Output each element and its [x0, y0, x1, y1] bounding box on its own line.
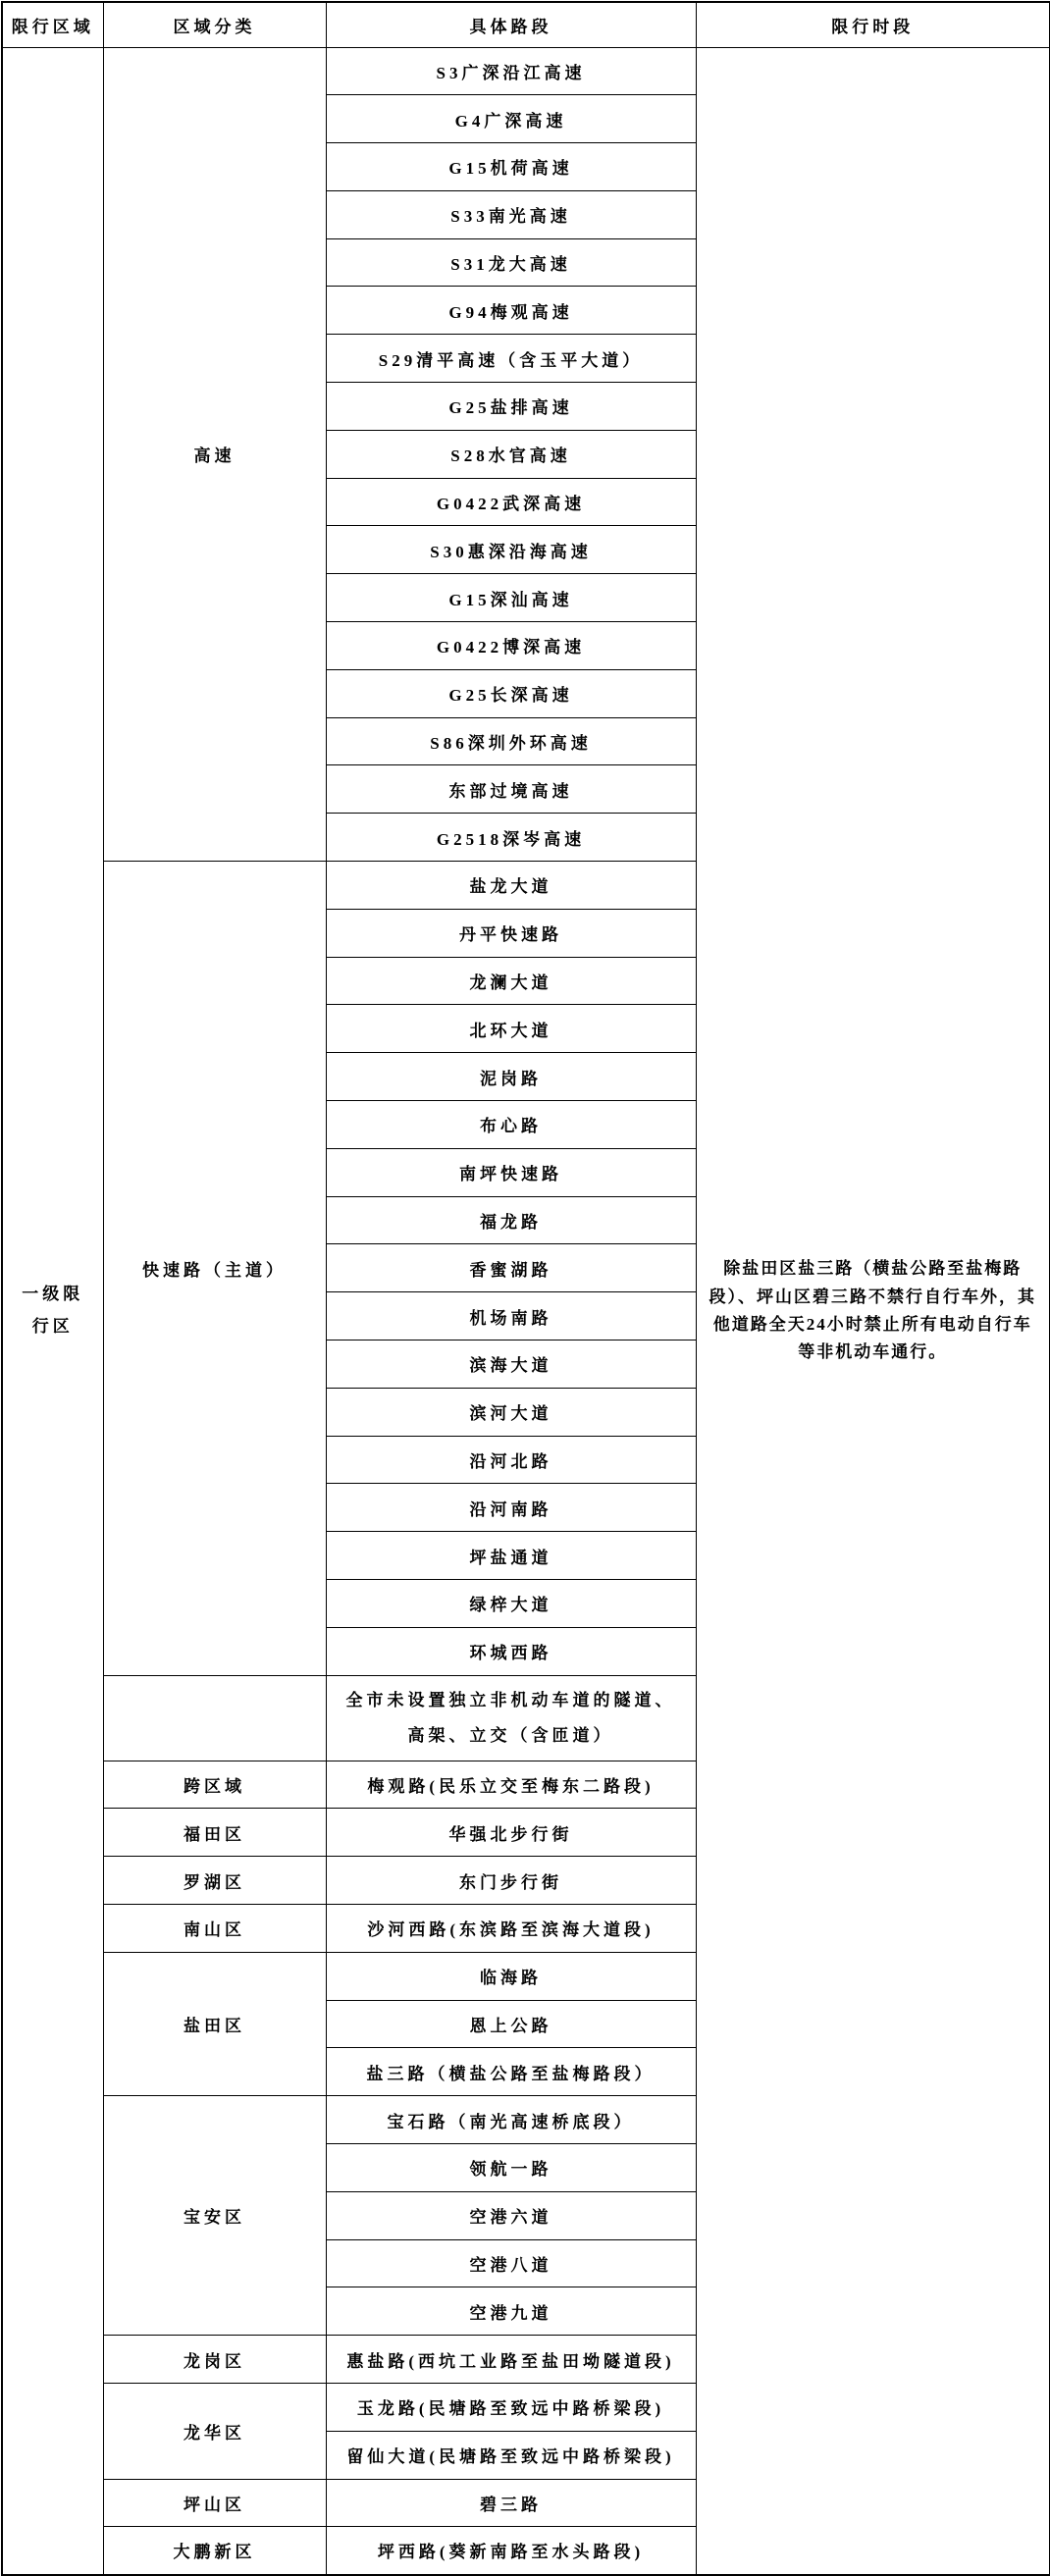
header-specific-roads: 具体路段: [326, 2, 696, 47]
header-row: 限行区域 区域分类 具体路段 限行时段: [2, 2, 1050, 47]
category-cell-empty: [103, 1675, 326, 1761]
table-row: 一级限行区 高速 S3广深沿江高速 除盐田区盐三路（横盐公路至盐梅路段）、坪山区…: [2, 47, 1050, 95]
road-cell: 盐三路（横盐公路至盐梅路段）: [326, 2048, 696, 2096]
time-restriction-cell: 除盐田区盐三路（横盐公路至盐梅路段）、坪山区碧三路不禁行自行车外，其他道路全天2…: [696, 47, 1050, 2575]
road-cell: 恩上公路: [326, 2000, 696, 2048]
category-cell-highway: 高速: [103, 47, 326, 862]
category-cell-dapeng: 大鹏新区: [103, 2527, 326, 2575]
road-cell: 空港九道: [326, 2287, 696, 2336]
road-cell: G0422博深高速: [326, 622, 696, 670]
road-cell: 坪西路(葵新南路至水头路段): [326, 2527, 696, 2575]
road-cell-citywide: 全市未设置独立非机动车道的隧道、高架、立交（含匝道）: [326, 1675, 696, 1761]
road-cell: S28水官高速: [326, 430, 696, 478]
road-cell: 沙河西路(东滨路至滨海大道段): [326, 1904, 696, 1952]
road-cell: G25盐排高速: [326, 383, 696, 431]
road-cell: 碧三路: [326, 2479, 696, 2527]
category-cell-luohu: 罗湖区: [103, 1857, 326, 1905]
road-cell: G15机荷高速: [326, 143, 696, 191]
road-cell: 绿梓大道: [326, 1580, 696, 1628]
road-cell: 玉龙路(民塘路至致远中路桥梁段): [326, 2383, 696, 2431]
road-cell: 惠盐路(西坑工业路至盐田坳隧道段): [326, 2336, 696, 2384]
region-cell: 一级限行区: [2, 47, 103, 2575]
road-cell: 沿河北路: [326, 1436, 696, 1484]
category-cell-nanshan: 南山区: [103, 1904, 326, 1952]
header-area-category: 区域分类: [103, 2, 326, 47]
header-restriction-period: 限行时段: [696, 2, 1050, 47]
restriction-table: 限行区域 区域分类 具体路段 限行时段 一级限行区 高速 S3广深沿江高速 除盐…: [1, 1, 1050, 2576]
road-cell: 东门步行街: [326, 1857, 696, 1905]
road-cell: 领航一路: [326, 2143, 696, 2191]
road-cell: 南坪快速路: [326, 1148, 696, 1196]
road-cell: S29清平高速（含玉平大道）: [326, 335, 696, 383]
road-cell: 滨河大道: [326, 1388, 696, 1436]
category-cell-expressway: 快速路（主道）: [103, 862, 326, 1676]
road-cell: G2518深岑高速: [326, 814, 696, 862]
road-cell: 东部过境高速: [326, 765, 696, 814]
road-cell: 福龙路: [326, 1196, 696, 1244]
road-cell: S30惠深沿海高速: [326, 526, 696, 574]
road-cell: 空港六道: [326, 2191, 696, 2239]
road-cell: G25长深高速: [326, 669, 696, 717]
category-cell-futian: 福田区: [103, 1809, 326, 1857]
road-cell: 盐龙大道: [326, 862, 696, 910]
road-cell: 梅观路(民乐立交至梅东二路段): [326, 1761, 696, 1809]
category-cell-longgang: 龙岗区: [103, 2336, 326, 2384]
road-cell: 宝石路（南光高速桥底段）: [326, 2096, 696, 2144]
road-cell: 北环大道: [326, 1005, 696, 1053]
road-cell: G0422武深高速: [326, 478, 696, 526]
category-cell-yantian: 盐田区: [103, 1952, 326, 2095]
road-cell: S33南光高速: [326, 190, 696, 238]
road-cell: 沿河南路: [326, 1484, 696, 1532]
category-cell-baoan: 宝安区: [103, 2096, 326, 2336]
road-cell: S86深圳外环高速: [326, 717, 696, 765]
road-cell: 香蜜湖路: [326, 1244, 696, 1292]
time-restriction-text: 除盐田区盐三路（横盐公路至盐梅路段）、坪山区碧三路不禁行自行车外，其他道路全天2…: [709, 1255, 1038, 1365]
road-cell: 泥岗路: [326, 1053, 696, 1101]
road-cell: 留仙大道(民塘路至致远中路桥梁段): [326, 2431, 696, 2479]
category-cell-pingshan: 坪山区: [103, 2479, 326, 2527]
category-cell-longhua: 龙华区: [103, 2383, 326, 2479]
road-cell: 布心路: [326, 1101, 696, 1149]
road-cell: 坪盐通道: [326, 1532, 696, 1580]
road-cell: G4广深高速: [326, 95, 696, 143]
road-cell: 机场南路: [326, 1292, 696, 1341]
road-cell: 空港八道: [326, 2239, 696, 2287]
road-cell: 滨海大道: [326, 1341, 696, 1389]
region-label: 一级限行区: [16, 1279, 90, 1342]
category-cell-cross-district: 跨区域: [103, 1761, 326, 1809]
header-restriction-area: 限行区域: [2, 2, 103, 47]
road-cell: G15深汕高速: [326, 574, 696, 622]
road-cell: 丹平快速路: [326, 909, 696, 957]
road-cell: G94梅观高速: [326, 287, 696, 335]
road-cell: 华强北步行街: [326, 1809, 696, 1857]
road-cell: 龙澜大道: [326, 957, 696, 1005]
road-cell: 临海路: [326, 1952, 696, 2000]
road-cell: S3广深沿江高速: [326, 47, 696, 95]
road-cell: 环城西路: [326, 1627, 696, 1675]
road-cell: S31龙大高速: [326, 238, 696, 287]
